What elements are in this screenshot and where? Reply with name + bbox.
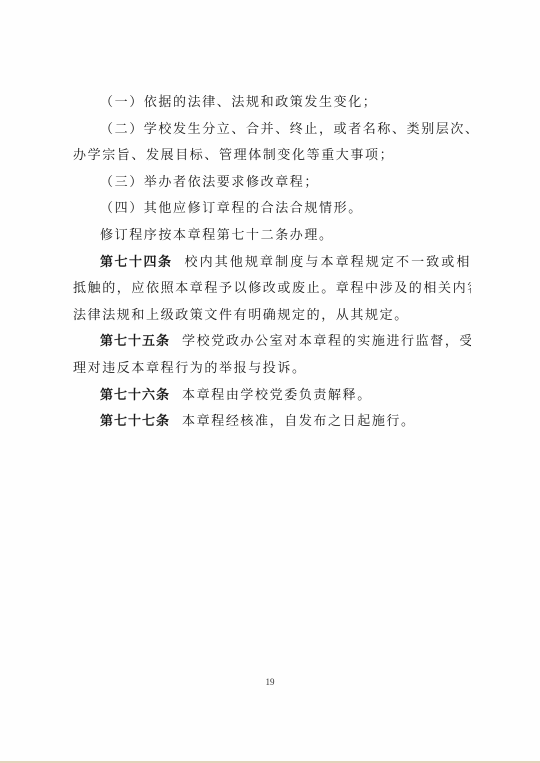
article-number: 第七十六条 [100, 388, 170, 403]
paragraph-line: 办学宗旨、发展目标、管理体制变化等重大事项； [73, 143, 471, 170]
paragraph-line: 修订程序按本章程第七十二条办理。 [73, 223, 471, 250]
article-75-line: 第七十五条学校党政办公室对本章程的实施进行监督，受 [73, 329, 471, 356]
line-text: 学校党政办公室对本章程的实施进行监督，受 [182, 334, 471, 349]
paragraph-line: 理对违反本章程行为的举报与投诉。 [73, 356, 471, 383]
line-text: （二）学校发生分立、合并、终止，或者名称、类别层次、 [100, 122, 471, 137]
paragraph-line: （一）依据的法律、法规和政策发生变化； [73, 90, 471, 117]
line-text: （一）依据的法律、法规和政策发生变化； [100, 95, 377, 110]
line-text: 抵触的，应依照本章程予以修改或废止。章程中涉及的相关内容， [73, 281, 471, 296]
article-77-line: 第七十七条本章程经核准，自发布之日起施行。 [73, 409, 471, 436]
line-text: （四）其他应修订章程的合法合规情形。 [100, 201, 363, 216]
article-74-line: 第七十四条校内其他规章制度与本章程规定不一致或相 [73, 250, 471, 277]
paragraph-line: （四）其他应修订章程的合法合规情形。 [73, 196, 471, 223]
line-text: （三）举办者依法要求修改章程； [100, 175, 319, 190]
paragraph-line: 法律法规和上级政策文件有明确规定的，从其规定。 [73, 303, 471, 330]
line-text: 法律法规和上级政策文件有明确规定的，从其规定。 [73, 308, 409, 323]
article-number: 第七十四条 [100, 255, 173, 270]
page-number: 19 [0, 677, 540, 687]
document-page: （一）依据的法律、法规和政策发生变化； （二）学校发生分立、合并、终止，或者名称… [0, 0, 540, 761]
line-text: 理对违反本章程行为的举报与投诉。 [73, 361, 307, 376]
line-text: 本章程经核准，自发布之日起施行。 [182, 414, 416, 429]
line-text: 修订程序按本章程第七十二条办理。 [100, 228, 334, 243]
article-number: 第七十七条 [100, 414, 170, 429]
article-76-line: 第七十六条本章程由学校党委负责解释。 [73, 383, 471, 410]
line-text: 本章程由学校党委负责解释。 [182, 388, 372, 403]
line-text: 办学宗旨、发展目标、管理体制变化等重大事项； [73, 148, 394, 163]
paragraph-line: 抵触的，应依照本章程予以修改或废止。章程中涉及的相关内容， [73, 276, 471, 303]
article-number: 第七十五条 [100, 334, 170, 349]
paragraph-line: （二）学校发生分立、合并、终止，或者名称、类别层次、 [73, 117, 471, 144]
paragraph-line: （三）举办者依法要求修改章程； [73, 170, 471, 197]
page-body: （一）依据的法律、法规和政策发生变化； （二）学校发生分立、合并、终止，或者名称… [73, 90, 471, 436]
line-text: 校内其他规章制度与本章程规定不一致或相 [185, 255, 471, 270]
